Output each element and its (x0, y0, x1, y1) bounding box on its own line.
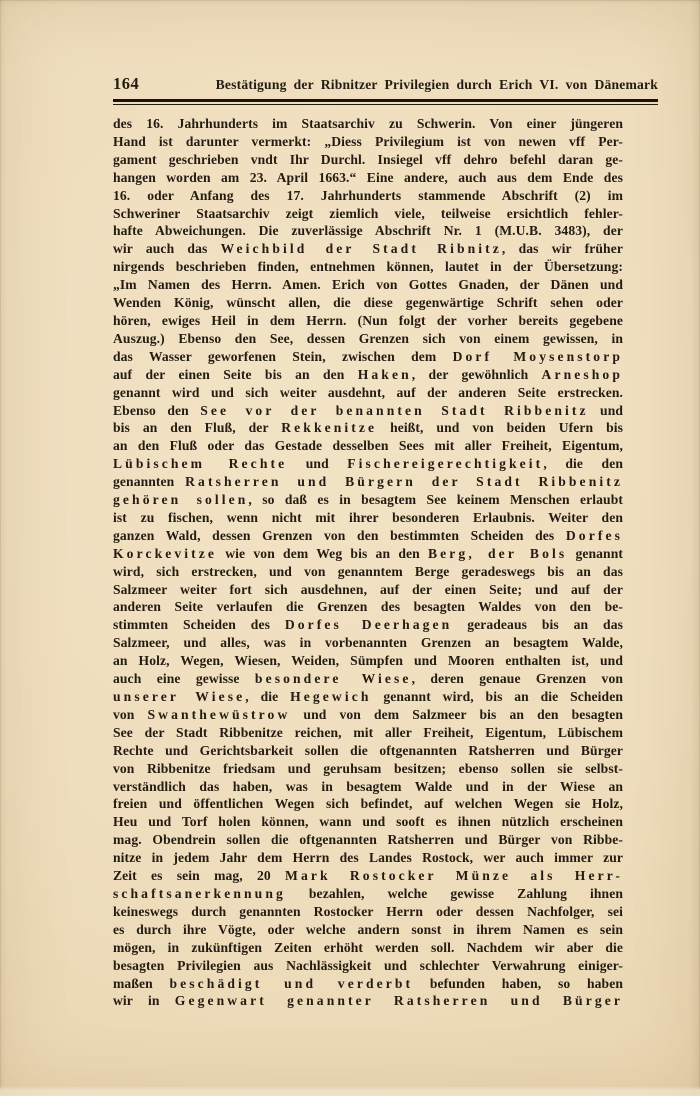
text-line: keineswegs durch genannten Rostocker Her… (113, 903, 623, 921)
plain-text: genannten (113, 474, 185, 489)
plain-text: Auszug.) Ebenso den See, dessen Grenzen … (113, 331, 623, 346)
plain-text: und von dem Salzmeer bis an den besagten (290, 707, 623, 722)
text-line: hören, ewiges Heil in dem Herrn. (Nun fo… (113, 312, 623, 330)
plain-text: wir in (113, 993, 175, 1008)
plain-text: mögen, in zukünftigen Zeiten erhöht werd… (113, 940, 623, 955)
text-line: Heu und Torf holen können, wann und soof… (113, 813, 623, 831)
text-line: von Ribbenitze friedsam und geruhsam bes… (113, 760, 623, 778)
plain-text: heißt, und von beiden Ufern bis (377, 420, 623, 435)
plain-text: stimmten Scheiden des (113, 617, 285, 632)
plain-text: geradeaus bis an das (452, 617, 623, 632)
text-line: Ebenso den See vor der benannten Stadt R… (113, 402, 623, 420)
plain-text: auf der einen Seite bis an den (113, 367, 358, 382)
plain-text: Schweriner Staatsarchiv zeigt ziemlich v… (113, 206, 623, 221)
text-line: genannten Ratsherren und Bürgern der Sta… (113, 473, 623, 491)
spaced-emphasis-text: Arneshop (542, 367, 623, 382)
plain-text: besagten Privilegien aus Nachlässigkeit … (113, 958, 623, 973)
spaced-emphasis-text: Gegenwart genannter Ratsherren und Bürge… (175, 993, 623, 1008)
plain-text: freien und öffentlichen Wegen sich befin… (113, 796, 623, 811)
plain-text: , so daß es in besagtem See keinem Mensc… (248, 492, 623, 507)
plain-text: bezahlen, welche gewisse Zahlung ihnen (286, 886, 623, 901)
text-line: wir in Gegenwart genannter Ratsherren un… (113, 992, 623, 1010)
plain-text: , der gewöhnlich (412, 367, 542, 382)
spaced-emphasis-text: Rekkenitze (281, 420, 377, 435)
plain-text: Heu und Torf holen können, wann und soof… (113, 814, 623, 829)
text-line: See der Stadt Ribbenitze reichen, mit al… (113, 724, 623, 742)
plain-text: , deren genaue Grenzen von (412, 671, 623, 686)
page-number: 164 (113, 74, 139, 94)
spaced-emphasis-text: Dorfes Deerhagen (285, 617, 453, 632)
header-rule (113, 99, 658, 105)
plain-text: nirgends beschrieben finden, entnehmen k… (113, 259, 623, 274)
plain-text: See der Stadt Ribbenitze reichen, mit al… (113, 725, 623, 740)
plain-text: , das wir früher (502, 241, 623, 256)
plain-text: mag. Obendrein sollen die oftgenannten R… (113, 832, 623, 847)
text-line: 16. oder Anfang des 17. Jahrhunderts sta… (113, 187, 623, 205)
plain-text: das Wasser geworfenen Stein, zwischen de… (113, 349, 453, 364)
spaced-emphasis-text: Fischereigerechtigkeit (347, 456, 543, 471)
plain-text: genannt (567, 546, 623, 561)
text-line: ganzen Wald, dessen Grenzen von den best… (113, 527, 623, 545)
spaced-emphasis-text: Haken (358, 367, 412, 382)
plain-text: wir auch das (113, 241, 221, 256)
text-line: des 16. Jahrhunderts im Staatsarchiv zu … (113, 115, 623, 133)
plain-text: nitze in jedem Jahr dem Herrn des Landes… (113, 850, 623, 865)
spaced-emphasis-text: Hegewich (290, 689, 371, 704)
text-line: Auszug.) Ebenso den See, dessen Grenzen … (113, 330, 623, 348)
plain-text: anderen Seite verlaufen die Grenzen des … (113, 599, 623, 614)
plain-text: hören, ewiges Heil in dem Herrn. (Nun fo… (113, 313, 623, 328)
spaced-emphasis-text: Berg, der Bols (428, 546, 567, 561)
text-line: es durch ihre Vögte, oder welche andern … (113, 921, 623, 939)
text-line: auf der einen Seite bis an den Haken, de… (113, 366, 623, 384)
page-header: 164 Bestätigung der Ribnitzer Privilegie… (113, 74, 658, 94)
text-line: von Swanthewüstrow und von dem Salzmeer … (113, 706, 623, 724)
plain-text: „Im Namen des Herrn. Amen. Erich von Got… (113, 277, 623, 292)
plain-text: Hand ist darunter vermerkt: „Diess Privi… (113, 134, 623, 149)
plain-text: an Holz, Wegen, Wiesen, Weiden, Sümpfen … (113, 653, 623, 668)
plain-text: wird, sich erstrecken, und von genanntem… (113, 564, 623, 579)
text-line: gehören sollen, so daß es in besagtem Se… (113, 491, 623, 509)
plain-text: genannt wird und sich weiter ausdehnt, a… (113, 385, 623, 400)
text-line: besagten Privilegien aus Nachlässigkeit … (113, 957, 623, 975)
text-line: hangen worden am 23. April 1663.“ Eine a… (113, 169, 623, 187)
text-line: Wenden König, wünscht allen, die diese g… (113, 294, 623, 312)
text-line: verständlich das haben, was in besagtem … (113, 778, 623, 796)
text-line: Lübischem Rechte und Fischereigerechtigk… (113, 455, 623, 473)
text-line: Salzmeer, und alles, was in vorbenannten… (113, 634, 623, 652)
text-line: maßen beschädigt und verderbt befunden h… (113, 975, 623, 993)
text-line: schaftsanerkennung bezahlen, welche gewi… (113, 885, 623, 903)
plain-text: Salzmeer, und alles, was in vorbenannten… (113, 635, 623, 650)
plain-text: auch eine gewisse (113, 671, 255, 686)
plain-text: , die den (543, 456, 623, 471)
plain-text: gament geschrieben vndt Ihr Durchl. Insi… (113, 152, 623, 167)
text-line: mögen, in zukünftigen Zeiten erhöht werd… (113, 939, 623, 957)
text-line: Zeit es sein mag, 20 Mark Rostocker Münz… (113, 867, 623, 885)
spaced-emphasis-text: See vor der benannten Stadt Ribbenitz (200, 403, 588, 418)
plain-text: 16. oder Anfang des 17. Jahrhunderts sta… (113, 188, 623, 203)
text-line: ist zu fischen, wenn nicht mit ihrer bes… (113, 509, 623, 527)
plain-text: Wenden König, wünscht allen, die diese g… (113, 295, 623, 310)
text-line: wird, sich erstrecken, und von genanntem… (113, 563, 623, 581)
text-line: Korckevitze wie von dem Weg bis an den B… (113, 545, 623, 563)
text-line: das Wasser geworfenen Stein, zwischen de… (113, 348, 623, 366)
plain-text: befunden haben, so haben (413, 976, 623, 991)
text-line: Rechte und Gerichtsbarkeit sollen die of… (113, 742, 623, 760)
spaced-emphasis-text: Dorfes (566, 528, 623, 543)
plain-text: genannt wird, bis an die Scheiden (372, 689, 624, 704)
spaced-emphasis-text: Mark Rostocker Münze als Herr- (285, 868, 623, 883)
text-line: anderen Seite verlaufen die Grenzen des … (113, 598, 623, 616)
plain-text: maßen (113, 976, 169, 991)
spaced-emphasis-text: Ratsherren und Bürgern der Stadt Ribbeni… (185, 474, 623, 489)
plain-text: des 16. Jahrhunderts im Staatsarchiv zu … (113, 116, 623, 131)
spaced-emphasis-text: Swanthewüstrow (148, 707, 291, 722)
spaced-emphasis-text: unserer Wiese (113, 689, 245, 704)
body-text: des 16. Jahrhunderts im Staatsarchiv zu … (113, 115, 623, 1010)
text-line: Hand ist darunter vermerkt: „Diess Privi… (113, 133, 623, 151)
plain-text: wie von dem Weg bis an den (217, 546, 428, 561)
spaced-emphasis-text: besondere Wiese (255, 671, 412, 686)
plain-text: es durch ihre Vögte, oder welche andern … (113, 922, 623, 937)
spaced-emphasis-text: Korckevitze (113, 546, 217, 561)
plain-text: Salzmeer weiter fort sich ausdehnen, auf… (113, 582, 623, 597)
text-line: freien und öffentlichen Wegen sich befin… (113, 795, 623, 813)
spaced-emphasis-text: Lübischem Rechte (113, 456, 287, 471)
plain-text: Zeit es sein mag, 20 (113, 868, 285, 883)
spaced-emphasis-text: Weichbild der Stadt Ribnitz (221, 241, 502, 256)
header-title: Bestätigung der Ribnitzer Privilegien du… (216, 77, 658, 93)
plain-text: keineswegs durch genannten Rostocker Her… (113, 904, 623, 919)
header-rule-thick (113, 99, 658, 102)
plain-text: von Ribbenitze friedsam und geruhsam bes… (113, 761, 623, 776)
text-line: bis an den Fluß, der Rekkenitze heißt, u… (113, 419, 623, 437)
plain-text: , die (245, 689, 290, 704)
text-line: mag. Obendrein sollen die oftgenannten R… (113, 831, 623, 849)
plain-text: ist zu fischen, wenn nicht mit ihrer bes… (113, 510, 623, 525)
text-line: auch eine gewisse besondere Wiese, deren… (113, 670, 623, 688)
text-line: „Im Namen des Herrn. Amen. Erich von Got… (113, 276, 623, 294)
plain-text: und (589, 403, 623, 418)
text-line: gament geschrieben vndt Ihr Durchl. Insi… (113, 151, 623, 169)
text-line: wir auch das Weichbild der Stadt Ribnitz… (113, 240, 623, 258)
plain-text: von (113, 707, 148, 722)
plain-text: und (287, 456, 347, 471)
spaced-emphasis-text: Dorf Moysenstorp (453, 349, 623, 364)
text-line: nitze in jedem Jahr dem Herrn des Landes… (113, 849, 623, 867)
plain-text: an den Fluß oder das Gestade desselben S… (113, 438, 623, 453)
plain-text: Rechte und Gerichtsbarkeit sollen die of… (113, 743, 623, 758)
plain-text: Ebenso den (113, 403, 200, 418)
spaced-emphasis-text: beschädigt und verderbt (169, 976, 413, 991)
header-rule-thin (113, 104, 658, 105)
plain-text: ganzen Wald, dessen Grenzen von den best… (113, 528, 566, 543)
book-page: 164 Bestätigung der Ribnitzer Privilegie… (0, 0, 700, 1096)
text-line: an den Fluß oder das Gestade desselben S… (113, 437, 623, 455)
text-line: nirgends beschrieben finden, entnehmen k… (113, 258, 623, 276)
text-line: Salzmeer weiter fort sich ausdehnen, auf… (113, 581, 623, 599)
text-line: Schweriner Staatsarchiv zeigt ziemlich v… (113, 205, 623, 223)
plain-text: hafte Abweichungen. Die zuverlässige Abs… (113, 223, 623, 238)
text-line: unserer Wiese, die Hegewich genannt wird… (113, 688, 623, 706)
text-line: stimmten Scheiden des Dorfes Deerhagen g… (113, 616, 623, 634)
plain-text: bis an den Fluß, der (113, 420, 281, 435)
text-line: an Holz, Wegen, Wiesen, Weiden, Sümpfen … (113, 652, 623, 670)
plain-text: hangen worden am 23. April 1663.“ Eine a… (113, 170, 623, 185)
spaced-emphasis-text: gehören sollen (113, 492, 248, 507)
spaced-emphasis-text: schaftsanerkennung (113, 886, 286, 901)
text-line: genannt wird und sich weiter ausdehnt, a… (113, 384, 623, 402)
plain-text: verständlich das haben, was in besagtem … (113, 779, 623, 794)
text-line: hafte Abweichungen. Die zuverlässige Abs… (113, 222, 623, 240)
